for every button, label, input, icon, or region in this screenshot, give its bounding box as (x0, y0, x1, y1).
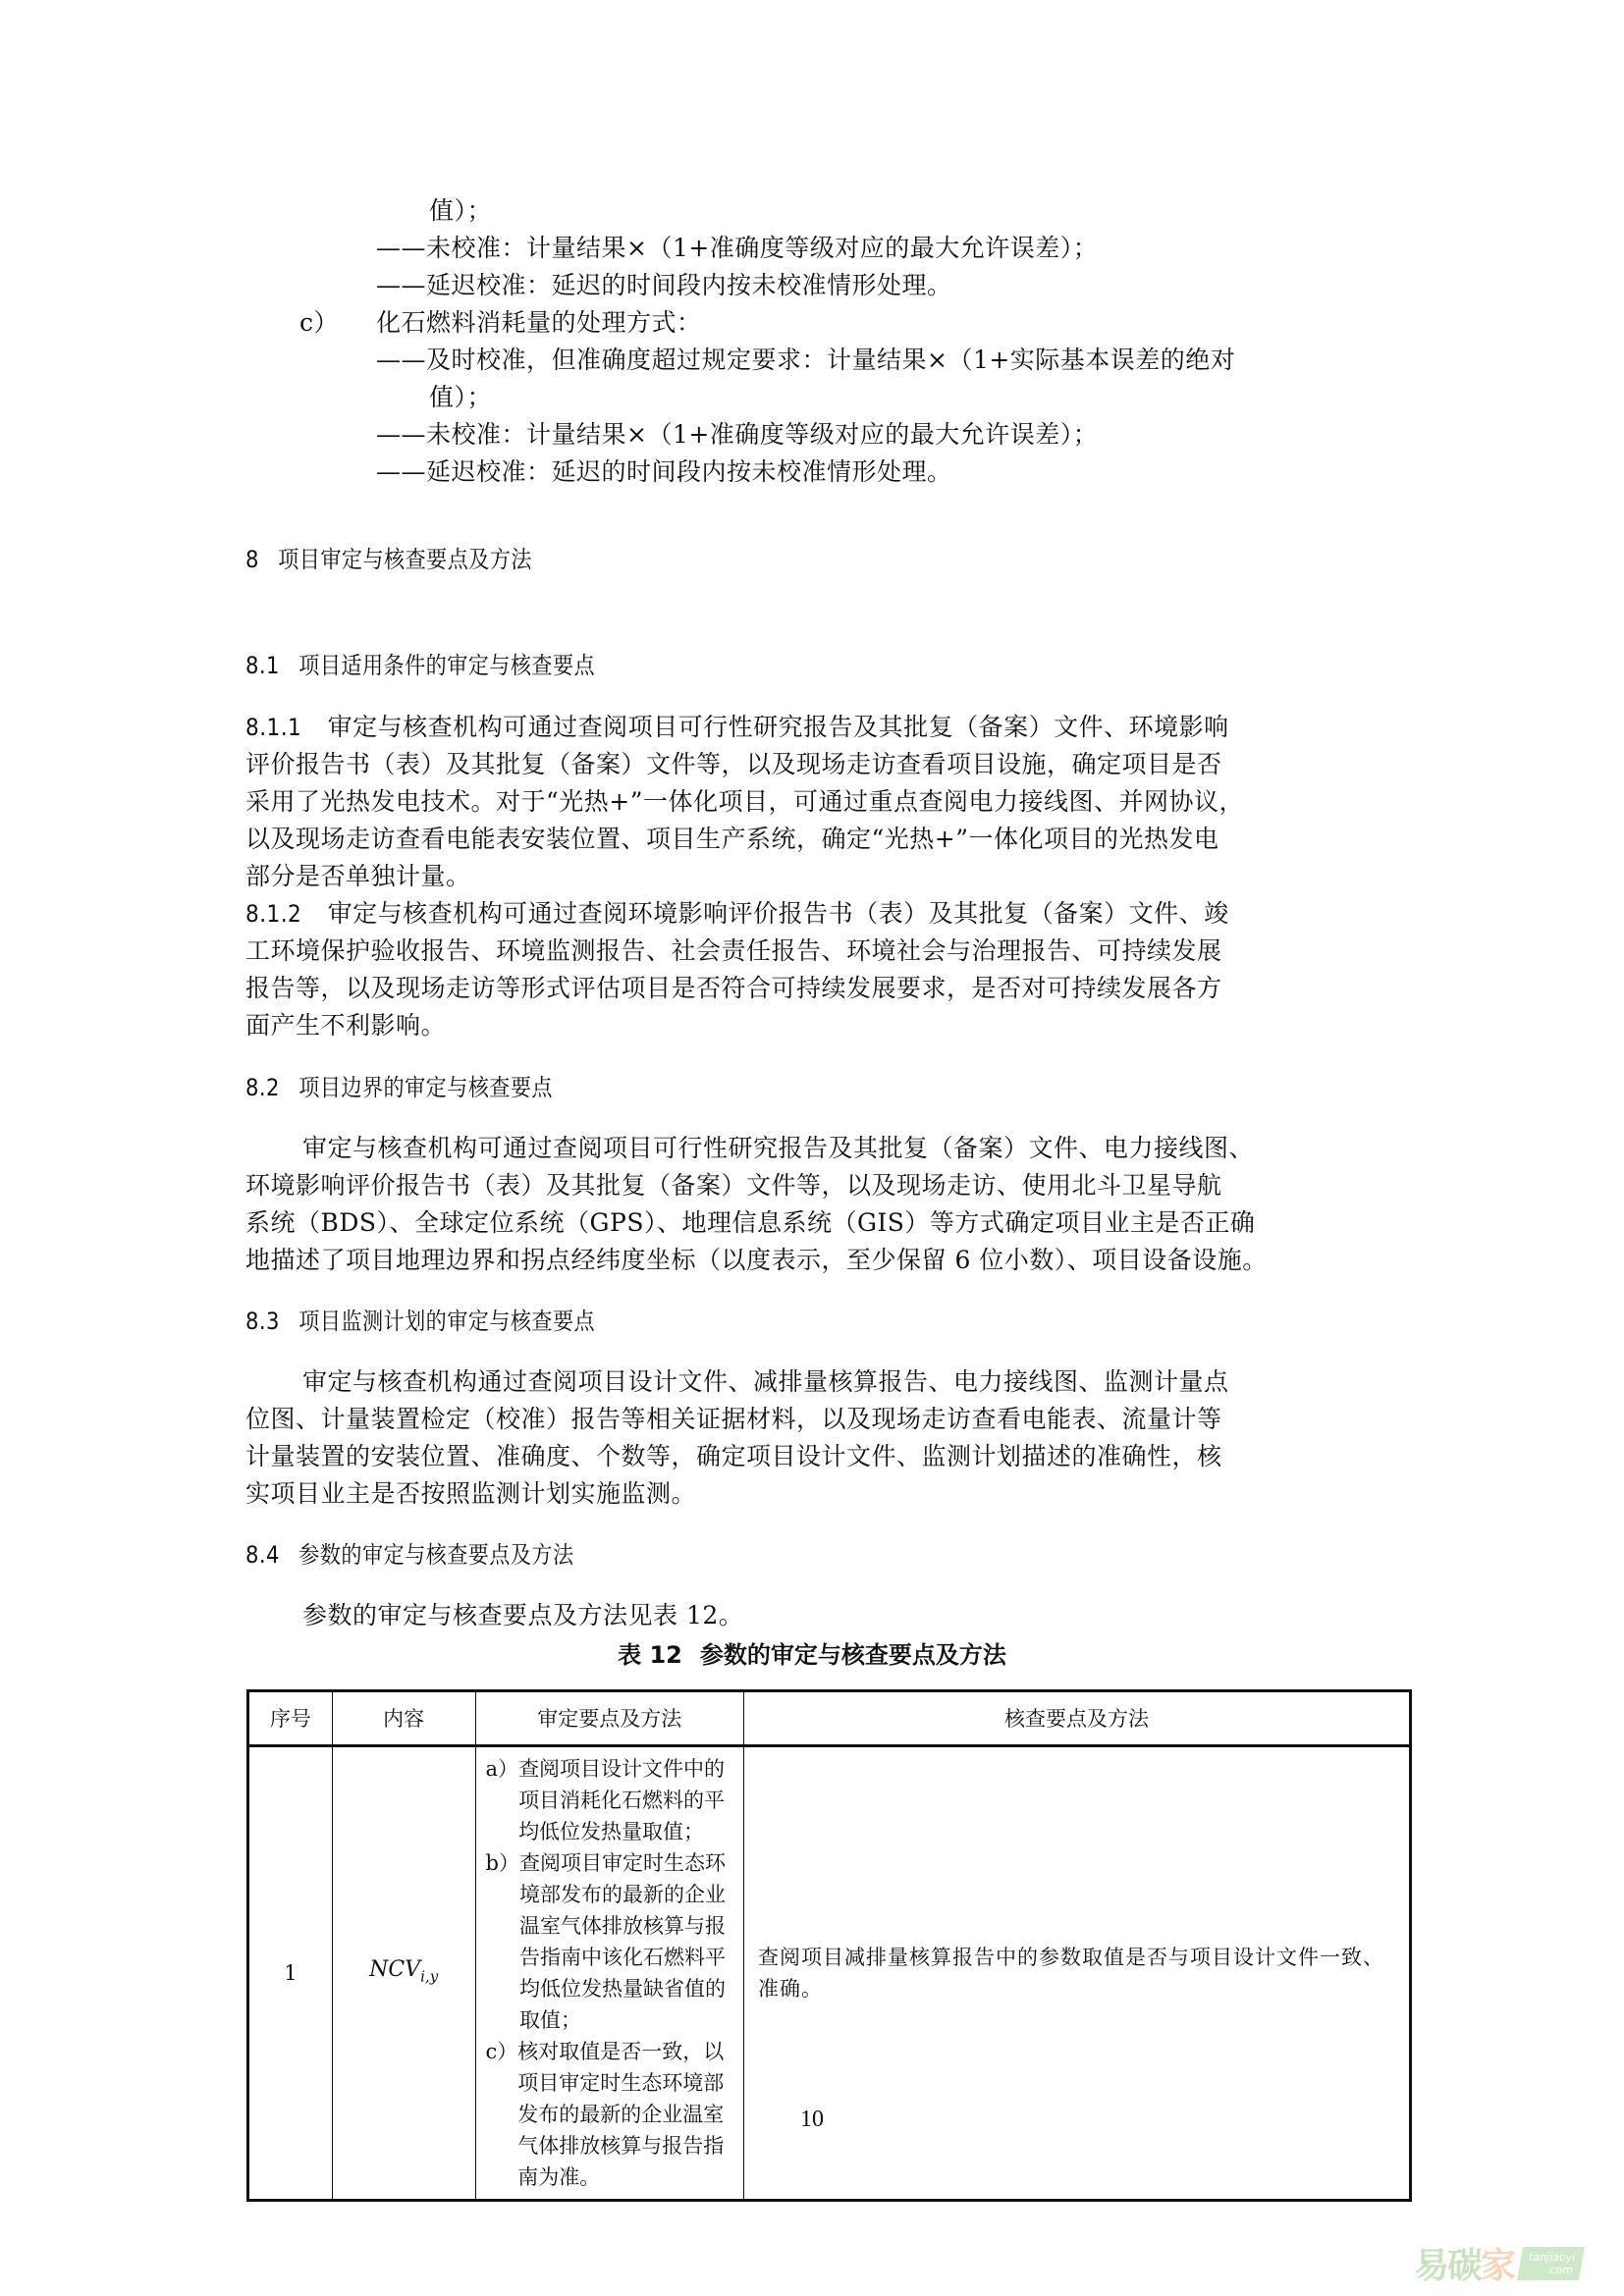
step-label: b） (486, 1847, 519, 1879)
validation-step-a: a） 查阅项目设计文件中的项目消耗化石燃料的平均低位发热量取值； (486, 1753, 733, 1847)
table-header-row: 序号 内容 审定要点及方法 核查要点及方法 (248, 1691, 1411, 1746)
step-text: 查阅项目设计文件中的项目消耗化石燃料的平均低位发热量取值； (518, 1753, 733, 1847)
page-number: 10 (0, 2107, 1624, 2133)
table-number: 表 12 (618, 1641, 682, 1669)
watermark-domain-line1: tanjiaoyi (1528, 2251, 1576, 2264)
section-title: 项目监测计划的审定与核查要点 (298, 1308, 595, 1335)
section-title: 项目边界的审定与核查要点 (298, 1074, 553, 1101)
section-number: 8 (245, 542, 259, 577)
paragraph-line: 采用了光热发电技术。对于“光热+”一体化项目，可通过重点查阅电力接线图、并网协议… (245, 783, 1244, 821)
paragraph-number: 8.1.2 (245, 895, 301, 933)
validation-step-b: b） 查阅项目审定时生态环境部发布的最新的企业温室气体排放核算与报告指南中该化石… (486, 1847, 733, 2036)
paragraph-line: 8.1.2审定与核查机构可通过查阅环境影响评价报告书（表）及其批复（备案）文件、… (245, 895, 1229, 933)
paragraph-line: 位图、计量装置检定（校准）报告等相关证据材料，以及现场走访查看电能表、流量计等 (245, 1401, 1222, 1438)
paragraph-text: 审定与核查机构可通过查阅环境影响评价报告书（表）及其批复（备案）文件、竣 (328, 899, 1229, 928)
column-header-index: 序号 (248, 1691, 333, 1746)
list-dash-item: ——延迟校准：延迟的时间段内按未校准情形处理。 (376, 267, 952, 304)
watermark-domain-line2: .com (1545, 2264, 1574, 2276)
watermark-logo: 易碳家 tanjiaoyi .com (1414, 2238, 1582, 2288)
section-number: 8.4 (245, 1537, 280, 1573)
list-continuation-line: 值）； (429, 379, 492, 416)
column-header-verification: 核查要点及方法 (743, 1691, 1410, 1746)
section-number: 8.3 (245, 1304, 280, 1339)
section-number: 8.2 (245, 1070, 280, 1105)
column-header-content: 内容 (332, 1691, 475, 1746)
list-continuation-line: 值）； (429, 192, 492, 230)
section-title: 项目适用条件的审定与核查要点 (298, 652, 595, 679)
paragraph-line: 以及现场走访查看电能表安装位置、项目生产系统，确定“光热+”一体化项目的光热发电 (245, 821, 1219, 858)
watermark-brand: 易碳家 (1414, 2238, 1514, 2288)
table-caption: 表 12参数的审定与核查要点及方法 (0, 1637, 1624, 1673)
paragraph-line: 8.1.1审定与核查机构可通过查阅项目可行性研究报告及其批复（备案）文件、环境影… (245, 709, 1229, 746)
paragraph-text: 审定与核查机构可通过查阅项目可行性研究报告及其批复（备案）文件、环境影响 (328, 713, 1229, 741)
section-heading-8-3: 8.3项目监测计划的审定与核查要点 (245, 1304, 595, 1339)
parameter-symbol-subscript: i,y (420, 1968, 438, 1986)
section-heading-8-2: 8.2项目边界的审定与核查要点 (245, 1070, 553, 1105)
paragraph-line: 部分是否单独计量。 (245, 858, 471, 895)
step-text: 查阅项目审定时生态环境部发布的最新的企业温室气体排放核算与报告指南中该化石燃料平… (519, 1847, 733, 2036)
list-dash-item: ——及时校准，但准确度超过规定要求：计量结果×（1+实际基本误差的绝对 (376, 342, 1235, 379)
paragraph-line: 评价报告书（表）及其批复（备案）文件等，以及现场走访查看项目设施，确定项目是否 (245, 746, 1222, 783)
paragraph-line: 系统（BDS）、全球定位系统（GPS）、地理信息系统（GIS）等方式确定项目业主… (245, 1204, 1255, 1242)
watermark-brand-part1: 易碳 (1414, 2246, 1481, 2286)
paragraph-number: 8.1.1 (245, 709, 301, 746)
step-label: a） (486, 1753, 519, 1785)
parameter-symbol-main: NCV (369, 1957, 420, 1982)
watermark-domain-badge: tanjiaoyi .com (1517, 2247, 1585, 2280)
paragraph-line: 工环境保护验收报告、环境监测报告、社会责任报告、环境社会与治理报告、可持续发展 (245, 933, 1222, 970)
paragraph-line: 报告等，以及现场走访等形式评估项目是否符合可持续发展要求，是否对可持续发展各方 (245, 970, 1222, 1007)
section-heading-8-1: 8.1项目适用条件的审定与核查要点 (245, 648, 595, 683)
parameter-symbol: NCVi,y (369, 1957, 438, 1982)
section-title: 项目审定与核查要点及方法 (278, 546, 532, 573)
step-label: c） (486, 2036, 518, 2067)
list-dash-item: ——延迟校准：延迟的时间段内按未校准情形处理。 (376, 454, 952, 491)
section-heading-8: 8项目审定与核查要点及方法 (245, 542, 532, 577)
paragraph-line: 审定与核查机构可通过查阅项目可行性研究报告及其批复（备案）文件、电力接线图、 (302, 1130, 1254, 1167)
watermark-brand-part2: 家 (1481, 2246, 1514, 2286)
section-title: 参数的审定与核查要点及方法 (298, 1541, 573, 1569)
section-number: 8.1 (245, 648, 280, 683)
list-item-label: c） (299, 304, 339, 342)
list-dash-item: ——未校准：计量结果×（1+准确度等级对应的最大允许误差）； (376, 416, 1098, 454)
list-dash-item: ——未校准：计量结果×（1+准确度等级对应的最大允许误差）； (376, 230, 1098, 267)
paragraph-line: 环境影响评价报告书（表）及其批复（备案）文件等，以及现场走访、使用北斗卫星导航 (245, 1167, 1222, 1204)
paragraph-line: 实项目业主是否按照监测计划实施监测。 (245, 1475, 696, 1513)
paragraph-8-4-intro: 参数的审定与核查要点及方法见表 12。 (302, 1597, 743, 1634)
table-title: 参数的审定与核查要点及方法 (700, 1641, 1006, 1669)
list-item-text: 化石燃料消耗量的处理方式： (376, 304, 702, 342)
paragraph-line: 计量装置的安装位置、准确度、个数等，确定项目设计文件、监测计划描述的准确性，核 (245, 1438, 1222, 1475)
paragraph-line: 审定与核查机构通过查阅项目设计文件、减排量核算报告、电力接线图、监测计量点 (302, 1363, 1229, 1401)
paragraph-line: 地描述了项目地理边界和拐点经纬度坐标（以度表示，至少保留 6 位小数）、项目设备… (245, 1242, 1268, 1279)
section-heading-8-4: 8.4参数的审定与核查要点及方法 (245, 1537, 574, 1573)
paragraph-line: 面产生不利影响。 (245, 1007, 446, 1044)
column-header-validation: 审定要点及方法 (475, 1691, 743, 1746)
